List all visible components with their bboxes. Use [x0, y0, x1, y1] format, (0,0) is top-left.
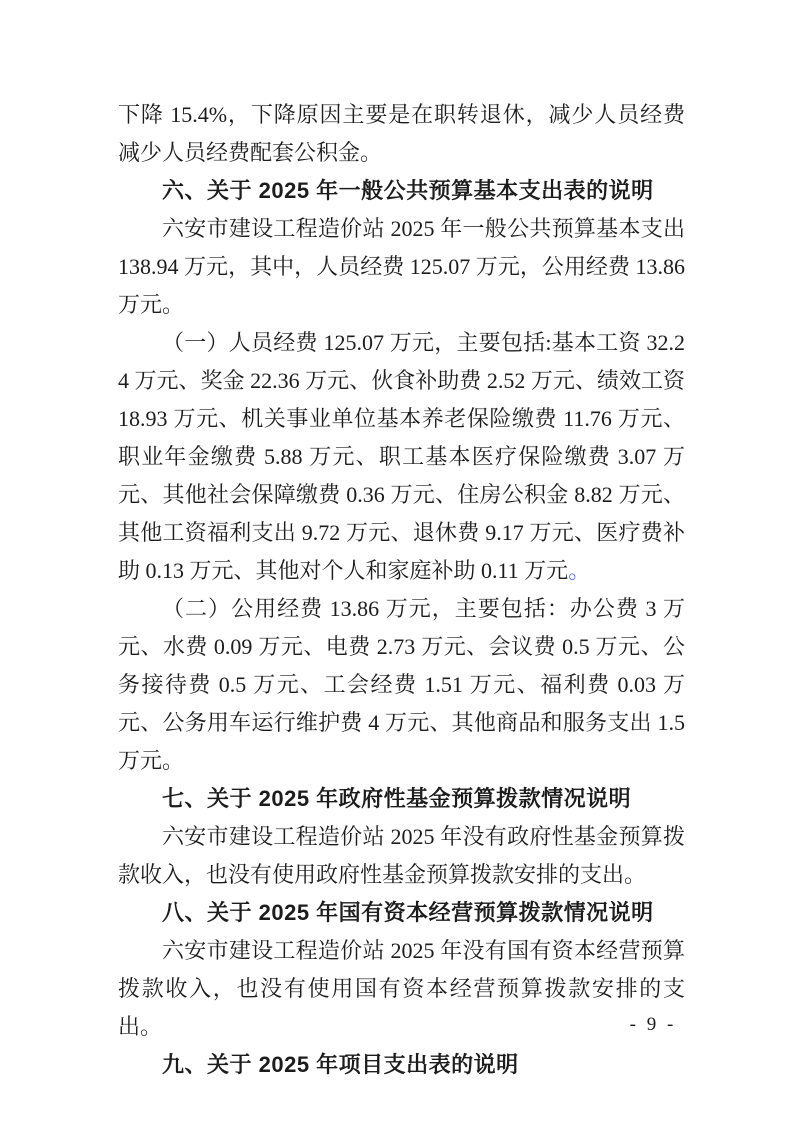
heading-section-9-project-expenditure: 九、关于 2025 年项目支出表的说明 — [118, 1046, 685, 1084]
paragraph-personnel-funds-blue-period: 。 — [568, 558, 590, 583]
paragraph-basic-expenditure-summary: 六安市建设工程造价站 2025 年一般公共预算基本支出 138.94 万元，其中… — [118, 210, 685, 324]
paragraph-government-fund: 六安市建设工程造价站 2025 年没有政府性基金预算拨款收入，也没有使用政府性基… — [118, 818, 685, 894]
heading-section-8-state-capital: 八、关于 2025 年国有资本经营预算拨款情况说明 — [118, 894, 685, 932]
heading-section-7-government-fund: 七、关于 2025 年政府性基金预算拨款情况说明 — [118, 780, 685, 818]
page-number: - 9 - — [618, 1012, 688, 1038]
paragraph-public-funds: （二）公用经费 13.86 万元，主要包括：办公费 3 万元、水费 0.09 万… — [118, 590, 685, 780]
paragraph-carryover-decline: 下降 15.4%，下降原因主要是在职转退休，减少人员经费减少人员经费配套公积金。 — [118, 96, 685, 172]
paragraph-state-capital: 六安市建设工程造价站 2025 年没有国有资本经营预算拨款收入，也没有使用国有资… — [118, 932, 685, 1046]
paragraph-personnel-funds: （一）人员经费 125.07 万元，主要包括:基本工资 32.24 万元、奖金 … — [118, 324, 685, 590]
document-page-body: 下降 15.4%，下降原因主要是在职转退休，减少人员经费减少人员经费配套公积金。… — [118, 96, 685, 1084]
heading-section-6-basic-expenditure: 六、关于 2025 年一般公共预算基本支出表的说明 — [118, 172, 685, 210]
paragraph-personnel-funds-text: （一）人员经费 125.07 万元，主要包括:基本工资 32.24 万元、奖金 … — [118, 330, 685, 583]
